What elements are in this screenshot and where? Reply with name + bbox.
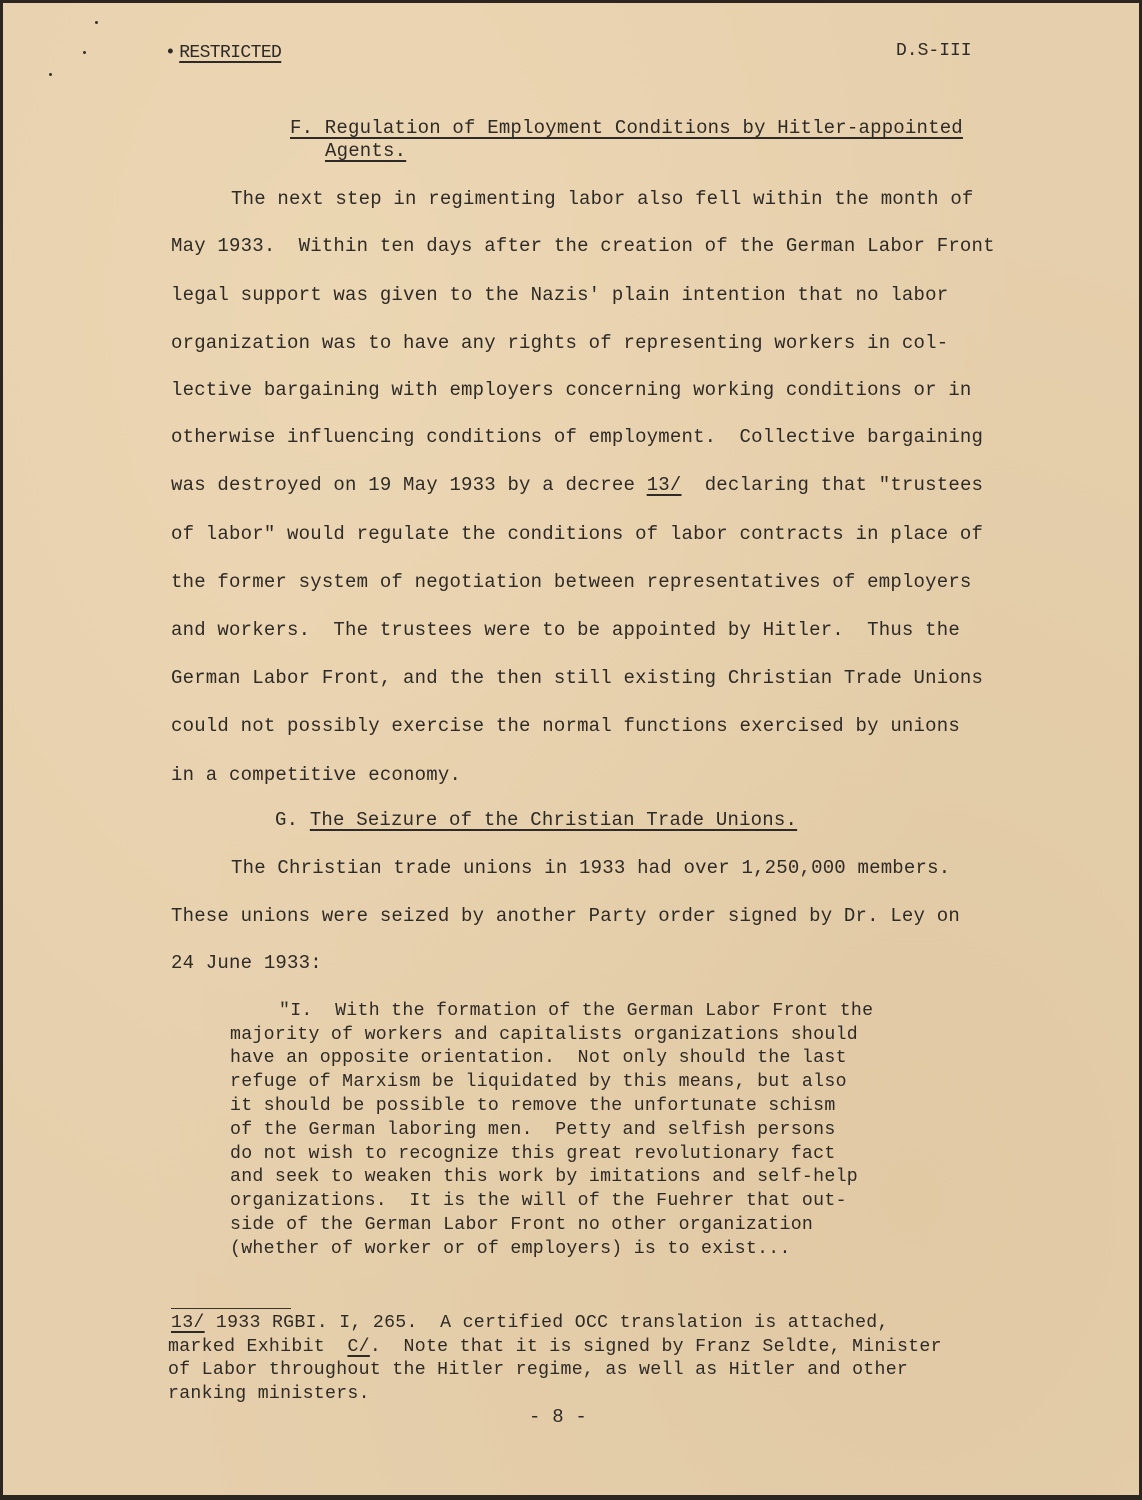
footnote-line: marked Exhibit C/. Note that it is signe… [168,1335,942,1359]
paragraph-1-line: of labor" would regulate the conditions … [171,522,983,546]
quotation-line: do not wish to recognize this great revo… [230,1142,836,1166]
quotation-line: refuge of Marxism be liquidated by this … [230,1070,847,1094]
section-f-heading-text-2: Agents. [325,140,406,162]
section-f-heading-line-2: Agents. [325,139,406,163]
text-span: marked Exhibit [168,1337,347,1357]
quotation-line: side of the German Labor Front no other … [230,1213,813,1237]
section-g-heading: G. The Seizure of the Christian Trade Un… [275,808,797,832]
paragraph-1-line: legal support was given to the Nazis' pl… [171,283,948,307]
text-span: declaring that "trustees [682,474,984,496]
section-g-prefix: G. [275,809,310,831]
classification-label: RESTRICTED [179,43,281,63]
paragraph-1-line: organization was to have any rights of r… [171,331,948,355]
exhibit-reference: C/ [347,1337,369,1357]
classification-marking: •RESTRICTED [165,41,281,65]
ink-speck [95,21,98,24]
paragraph-1-line: lective bargaining with employers concer… [171,378,972,402]
quotation-line: organizations. It is the will of the Fue… [230,1189,847,1213]
paragraph-1-line: was destroyed on 19 May 1933 by a decree… [171,473,983,497]
footnote-line: of Labor throughout the Hitler regime, a… [168,1358,908,1382]
page-number: - 8 - [529,1405,587,1429]
document-id: D.S-III [896,39,972,63]
document-page: •RESTRICTED D.S-III F. Regulation of Emp… [3,3,1139,1495]
quotation-line: and seek to weaken this work by imitatio… [230,1165,858,1189]
text-span: . Note that it is signed by Franz Seldte… [370,1337,942,1357]
paragraph-1-line: and workers. The trustees were to be app… [171,618,960,642]
paragraph-1-line: in a competitive economy. [171,763,461,787]
footnote-line: ranking ministers. [168,1382,370,1406]
footnote-marker: 13/ [171,1313,205,1333]
ink-speck [83,51,86,54]
ink-speck [49,73,52,76]
bullet-dot: • [165,43,175,63]
paragraph-1-line: The next step in regimenting labor also … [231,187,974,211]
quotation-line: it should be possible to remove the unfo… [230,1094,836,1118]
footnote-line: 13/ 1933 RGBI. I, 265. A certified OCC t… [171,1311,889,1335]
quotation-line: "I. With the formation of the German Lab… [279,999,873,1023]
footnote-reference-13[interactable]: 13/ [647,474,682,496]
text-span: was destroyed on 19 May 1933 by a decree [171,474,647,496]
paragraph-1-line: otherwise influencing conditions of empl… [171,425,983,449]
paragraph-2-line: The Christian trade unions in 1933 had o… [231,856,950,880]
paragraph-1-line: could not possibly exercise the normal f… [171,714,960,738]
paragraph-1-line: German Labor Front, and the then still e… [171,666,983,690]
footnote-divider [171,1308,291,1309]
paragraph-1-line: the former system of negotiation between… [171,570,972,594]
text-span: 1933 RGBI. I, 265. A certified OCC trans… [205,1313,889,1333]
quotation-line: majority of workers and capitalists orga… [230,1023,858,1047]
quotation-line: have an opposite orientation. Not only s… [230,1046,847,1070]
quotation-line: (whether of worker or of employers) is t… [230,1237,791,1261]
quotation-line: of the German laboring men. Petty and se… [230,1118,836,1142]
paragraph-2-line: 24 June 1933: [171,951,322,975]
section-f-heading-line-1: F. Regulation of Employment Conditions b… [290,116,963,140]
paragraph-1-line: May 1933. Within ten days after the crea… [171,234,995,258]
section-g-heading-text: The Seizure of the Christian Trade Union… [310,809,797,831]
section-f-heading-text: F. Regulation of Employment Conditions b… [290,117,963,139]
paragraph-2-line: These unions were seized by another Part… [171,904,960,928]
